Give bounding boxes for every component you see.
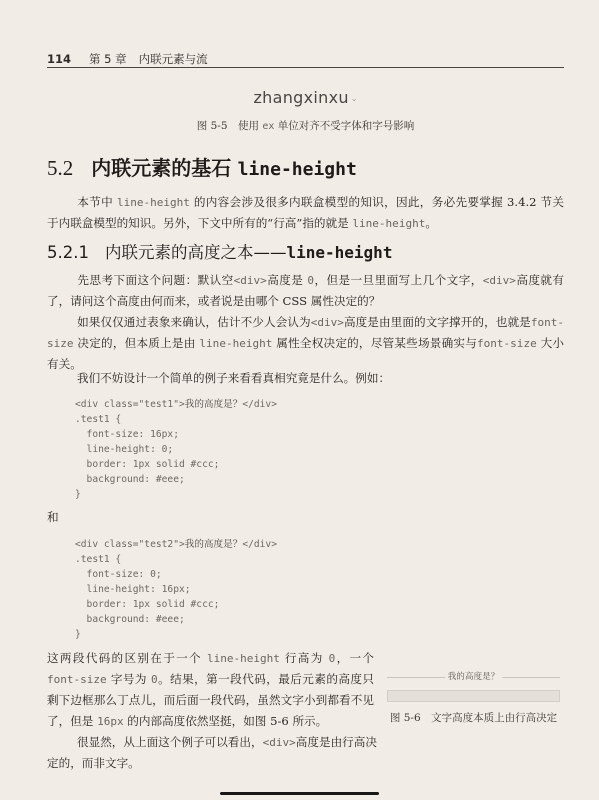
- page-number: 114: [47, 52, 89, 66]
- figure-sample-text: zhangxinxu: [253, 88, 348, 107]
- conjunction-text: 和: [47, 509, 59, 525]
- chapter-title: 内联元素与流: [139, 52, 208, 66]
- figure-caption: 图 5-6 文字高度本质上由行高决定: [383, 710, 564, 725]
- section-heading-5-2-1: 5.2.1内联元素的高度之本——line-height: [47, 239, 392, 263]
- running-head: 114第 5 章内联元素与流: [47, 51, 564, 67]
- paragraph-intro: 本节中 line-height 的内容会涉及很多内联盒模型的知识，因此，务必先要…: [47, 192, 564, 234]
- chevron-down-icon: ⌄: [351, 94, 358, 103]
- demo-line-height-zero: 我的高度是？: [387, 670, 560, 684]
- paragraph-conclusion: 很显然，从上面这个例子可以看出，<div>高度是由行高决定的，而非文字。: [47, 732, 377, 774]
- book-page: 114第 5 章内联元素与流 zhangxinxu⌄ 图 5-5 使用 ex 单…: [47, 0, 564, 800]
- paragraph-explanation: 如果仅仅通过表象来确认，估计不少人会认为<div>高度是由里面的文字撑开的，也就…: [47, 312, 564, 375]
- figure-caption: 图 5-5 使用 ex 单位对齐不受字体和字号影响: [47, 118, 564, 133]
- paragraph-question: 先思考下面这个问题：默认空<div>高度是 0，但是一旦里面写上几个文字，<di…: [47, 270, 564, 312]
- paragraph-example-intro: 我们不妨设计一个简单的例子来看看真相究竟是什么。例如：: [47, 368, 564, 389]
- figure-5-5: zhangxinxu⌄ 图 5-5 使用 ex 单位对齐不受字体和字号影响: [47, 88, 564, 133]
- header-rule: [47, 67, 564, 68]
- code-block-test1: <div class="test1">我的高度是？</div>.test1 { …: [75, 397, 277, 502]
- chapter-number: 第 5 章: [89, 51, 127, 67]
- code-block-test2: <div class="test2">我的高度是？</div>.test1 { …: [75, 537, 277, 642]
- demo-font-size-zero: [387, 690, 560, 702]
- figure-5-6: 我的高度是？ 图 5-6 文字高度本质上由行高决定: [383, 670, 564, 725]
- home-indicator[interactable]: [220, 792, 379, 795]
- section-heading-5-2: 5.2内联元素的基石 line-height: [47, 152, 357, 181]
